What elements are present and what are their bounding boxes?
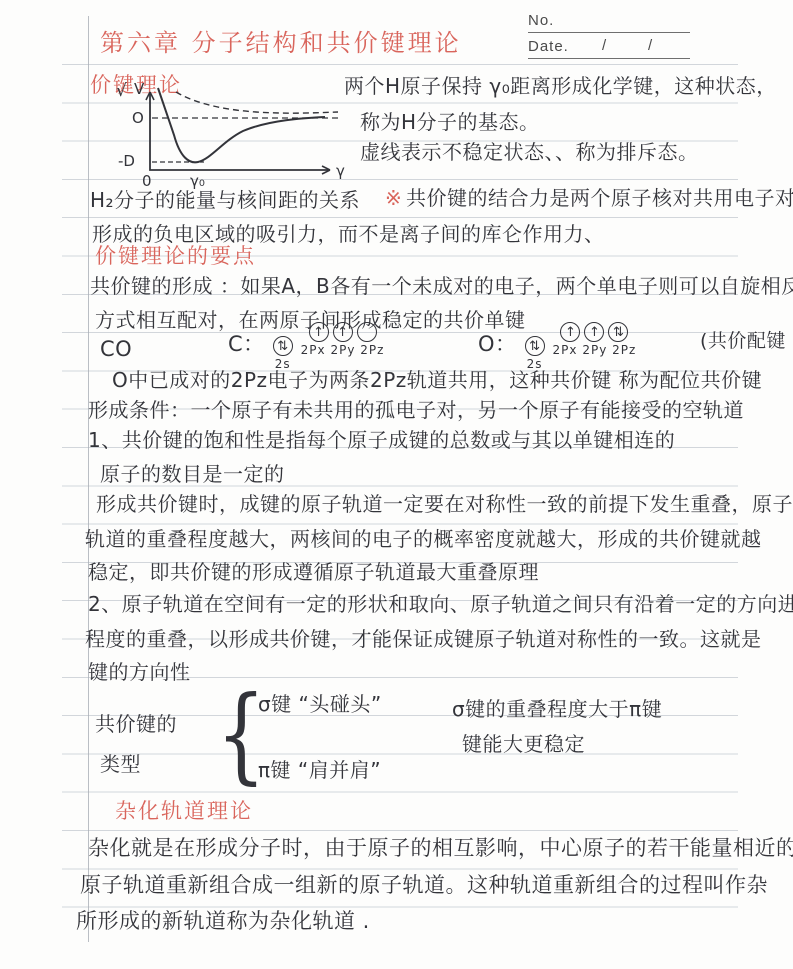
margin-line <box>88 16 89 942</box>
carbon-2s-orbital: ⇅ <box>273 336 293 356</box>
vb-text-line-1: 两个H原子保持 γ₀距离形成化学键，这种状态， <box>344 74 777 99</box>
overlap-line-3: 稳定，即共价键的形成遵循原子轨道最大重叠原理 <box>88 560 539 585</box>
bond-types-label-2: 类型 <box>100 752 141 777</box>
pi-bond-item: π键 “肩并肩” <box>258 758 381 783</box>
date-underline <box>528 58 690 59</box>
vb-text-line-2: 称为H分子的基态。 <box>360 110 540 135</box>
x-axis-label: γ <box>336 162 345 180</box>
sigma-bond-item: σ键 “头碰头” <box>258 692 382 717</box>
hybrid-line-3: 所形成的新轨道称为杂化轨道 . <box>76 908 370 934</box>
no-label: No. <box>528 12 554 31</box>
direction-line-3: 键的方向性 <box>88 660 191 685</box>
molecule-co-label: CO <box>100 336 132 362</box>
y-axis-label: V <box>134 80 145 98</box>
graph-caption: H₂分子的能量与核间距的关系 <box>90 188 360 213</box>
sigma-vs-pi-note-1: σ键的重叠程度大于π键 <box>452 697 662 722</box>
overlap-line-2: 轨道的重叠程度越大，两核间的电子的概率密度就越大，形成的共价键就越 <box>85 527 762 552</box>
covalent-force-note-1: 共价键的结合力是两个原子核对共用电子对 <box>406 186 793 211</box>
section-heading-hybrid-orbital: 杂化轨道理论 <box>115 798 253 824</box>
formation-line-1: 共价键的形成 ：如果A，B各有一个未成对的电子，两个单电子则可以自旋相反的 <box>90 274 793 299</box>
orbital-diagram-carbon: C： ⇅ 2s ↑ ↑ 2Px 2Py 2Pz <box>228 322 384 371</box>
coordinate-bond-line-2: 形成条件：一个原子有未共用的孤电子对，另一个原子有能接受的空轨道 <box>88 398 744 423</box>
oxygen-label: O： <box>478 328 517 358</box>
notebook-page: No. Date. / / 第六章 分子结构和共价键理论 价键理论 两个H原子保… <box>0 0 793 969</box>
date-slash-2: / <box>648 37 653 56</box>
graph-axes <box>150 92 330 170</box>
energy-distance-graph: √ V O -D 0 γ₀ γ <box>92 80 372 190</box>
orbital-diagram-oxygen: O： ⇅ 2s ↑ ↑ ⇅ 2Px 2Py 2Pz <box>478 322 636 371</box>
no-underline <box>528 32 690 33</box>
saturation-line-1: 1、共价键的饱和性是指每个原子成键的总数或与其以单键相连的 <box>88 428 675 453</box>
direction-line-1: 2、原子轨道在空间有一定的形状和取向、原子轨道之间只有沿着一定的方向进行最 <box>88 592 793 617</box>
oxygen-2py-orbital: ↑ <box>584 322 604 342</box>
coordinate-bond-line-1: O中已成对的2Pz电子为两条2Pz轨道共用，这种共价键 称为配位共价键 <box>112 368 762 393</box>
section-heading-key-points: 价键理论的要点 <box>95 243 256 269</box>
bond-types-label-1: 共价键的 <box>95 712 177 737</box>
oxygen-2s-orbital: ⇅ <box>525 336 545 356</box>
saturation-line-2: 原子的数目是一定的 <box>100 462 285 487</box>
carbon-2pz-orbital <box>357 322 377 342</box>
overlap-line-1: 形成共价键时，成键的原子轨道一定要在对称性一致的前提下发生重叠，原子 <box>96 492 793 517</box>
ground-state-curve <box>158 88 325 162</box>
carbon-2py-orbital: ↑ <box>333 322 353 342</box>
emphasis-mark: ※ <box>385 186 402 211</box>
minus-d-tick-label: -D <box>118 152 135 170</box>
oxygen-2pz-orbital: ⇅ <box>608 322 628 342</box>
date-label: Date. <box>528 38 569 57</box>
date-slash-1: / <box>602 37 607 56</box>
zero-tick-label: O <box>132 109 144 127</box>
carbon-2p-label: 2Px 2Py 2Pz <box>301 343 385 357</box>
oxygen-2p-label: 2Px 2Py 2Pz <box>553 343 637 357</box>
sigma-vs-pi-note-2: 键能大更稳定 <box>462 732 585 757</box>
hybrid-line-1: 杂化就是在形成分子时，由于原子的相互影响，中心原子的若干能量相近的 <box>88 835 793 861</box>
coordinate-bond-margin-note: (共价配键 <box>700 330 786 354</box>
carbon-2px-orbital: ↑ <box>309 322 329 342</box>
oxygen-2px-orbital: ↑ <box>560 322 580 342</box>
carbon-label: C： <box>228 328 265 358</box>
chapter-title: 第六章 分子结构和共价键理论 <box>100 28 462 58</box>
vb-text-line-3: 虚线表示不稳定状态、、称为排斥态。 <box>360 140 699 165</box>
hybrid-line-2: 原子轨道重新组合成一组新的原子轨道。这种轨道重新组合的过程叫作杂 <box>80 872 768 898</box>
checkmark: √ <box>116 81 127 101</box>
direction-line-2: 程度的重叠，以形成共价键，才能保证成键原子轨道对称性的一致。这就是 <box>85 627 762 652</box>
repulsive-state-curve <box>176 92 338 113</box>
